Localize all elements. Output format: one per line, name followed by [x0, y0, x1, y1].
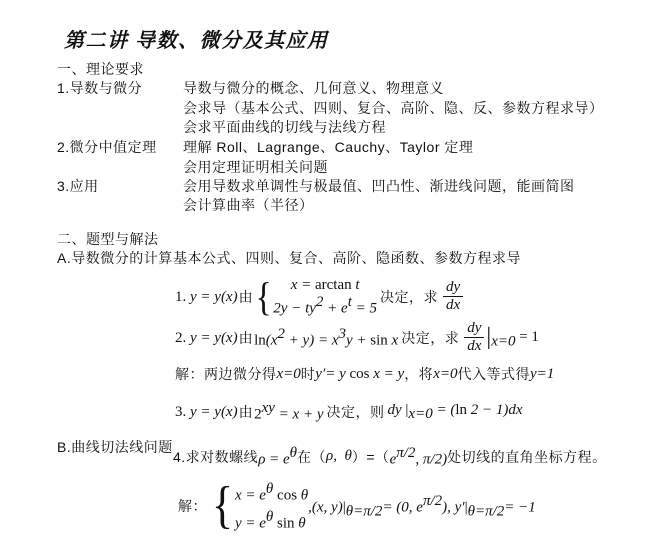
equation-system: x = eθ cos θ y = eθ sin θ	[235, 478, 308, 535]
solution-1-math: y=1	[530, 366, 554, 383]
topic-label-tangent: B.曲线切法线问题	[57, 437, 173, 457]
solution-1-math: x=0	[433, 366, 457, 383]
formula-4-text: ）=（	[352, 447, 390, 467]
solution-1-math: x=0	[277, 366, 301, 383]
solution-label: 解：	[175, 364, 204, 384]
formula-4-text: 4.求对数螺线	[173, 447, 258, 467]
section-theory-heading: 一、理论要求	[57, 59, 144, 79]
brace: {	[212, 480, 233, 532]
formula-2-equation: ln(x2 + y) = x3y + sin x	[254, 326, 398, 349]
topic-label-derivative: 1.导数与微分	[57, 78, 142, 98]
solution-1-text: 时	[301, 364, 316, 384]
topic-line: 理解 Roll、Lagrange、Cauchy、Taylor 定理	[183, 137, 473, 157]
formula-2-by: 由	[239, 328, 254, 348]
formula-3-result: dy |x=0 = (ln 2 − 1)dx	[387, 401, 522, 423]
formula-1-mid: 决定，求	[380, 287, 438, 307]
formula-3: 3. y = y(x) 由 2xy = x + y 决定，则 dy |x=0 =…	[175, 400, 523, 423]
fraction-dy-dx: dydx	[464, 321, 484, 354]
formula-4-text: 在（	[297, 447, 326, 467]
formula-4-math: ρ, θ	[326, 448, 352, 465]
formula-3-equation: 2xy = x + y	[254, 400, 323, 423]
topic-label-application: 3.应用	[57, 176, 99, 196]
solution-2-result: ,(x, y)|θ=π/2= (0, eπ/2), y′|θ=π/2= −1	[308, 493, 536, 521]
fraction-dy-dx: dydx	[443, 280, 463, 313]
topic-label-mvt: 2.微分中值定理	[57, 137, 157, 157]
topic-line: 基本公式、四则、复合、高阶、隐函数、参数方程求导	[173, 248, 521, 268]
page-title: 第二讲 导数、微分及其应用	[64, 24, 329, 53]
formula-4-math: eπ/2, π/2)	[390, 445, 448, 468]
formula-3-mid: 决定，则	[326, 402, 384, 422]
formula-4-math: ρ = eθ	[258, 445, 297, 468]
formula-3-lead: 3. y = y(x)	[175, 403, 238, 421]
formula-2-mid: 决定，求	[401, 328, 459, 348]
solution-label: 解：	[178, 496, 207, 516]
formula-1-lead: 1. y = y(x)	[175, 288, 238, 306]
formula-2: 2. y = y(x) 由 ln(x2 + y) = x3y + sin x 决…	[175, 321, 539, 354]
formula-4: 4.求对数螺线 ρ = eθ 在（ ρ, θ ）=（ eπ/2, π/2) 处切…	[173, 445, 607, 468]
formula-3-by: 由	[239, 402, 254, 422]
solution-1-text: ，将	[404, 364, 433, 384]
topic-line: 会用导数求单调性与极最值、凹凸性、渐进线问题，能画简图	[183, 176, 575, 196]
solution-1: 解： 两边微分得 x=0 时 y′= y cos x = y ，将 x=0 代入…	[175, 364, 554, 384]
document-page: 第二讲 导数、微分及其应用 一、理论要求 1.导数与微分 导数与微分的概念、几何…	[0, 0, 671, 536]
solution-2: 解： { x = eθ cos θ y = eθ sin θ ,(x, y)|θ…	[175, 478, 536, 535]
solution-1-text: 两边微分得	[204, 364, 277, 384]
section-methods-heading: 二、题型与解法	[57, 229, 159, 249]
solution-1-math: y′= y cos x = y	[315, 365, 404, 383]
formula-1: 1. y = y(x) 由 { x = arctan t 2y − ty2 + …	[175, 276, 465, 317]
topic-line: 会求导（基本公式、四则、复合、高阶、隐、反、参数方程求导）	[183, 98, 604, 118]
brace: {	[256, 277, 272, 317]
formula-1-by: 由	[239, 287, 254, 307]
topic-line: 会计算曲率（半径）	[183, 195, 314, 215]
formula-2-lead: 2. y = y(x)	[175, 329, 238, 347]
formula-4-text: 处切线的直角坐标方程。	[447, 447, 607, 467]
solution-1-text: 代入等式得	[457, 364, 530, 384]
topic-line: 导数与微分的概念、几何意义、物理意义	[183, 78, 444, 98]
equation-system: x = arctan t 2y − ty2 + et = 5	[273, 276, 377, 317]
topic-line: 会用定理证明相关问题	[183, 157, 328, 177]
topic-line: 会求平面曲线的切线与法线方程	[183, 117, 386, 137]
formula-2-eval: |x=0 = 1	[486, 325, 539, 350]
topic-label-calc: A.导数微分的计算	[57, 248, 173, 268]
